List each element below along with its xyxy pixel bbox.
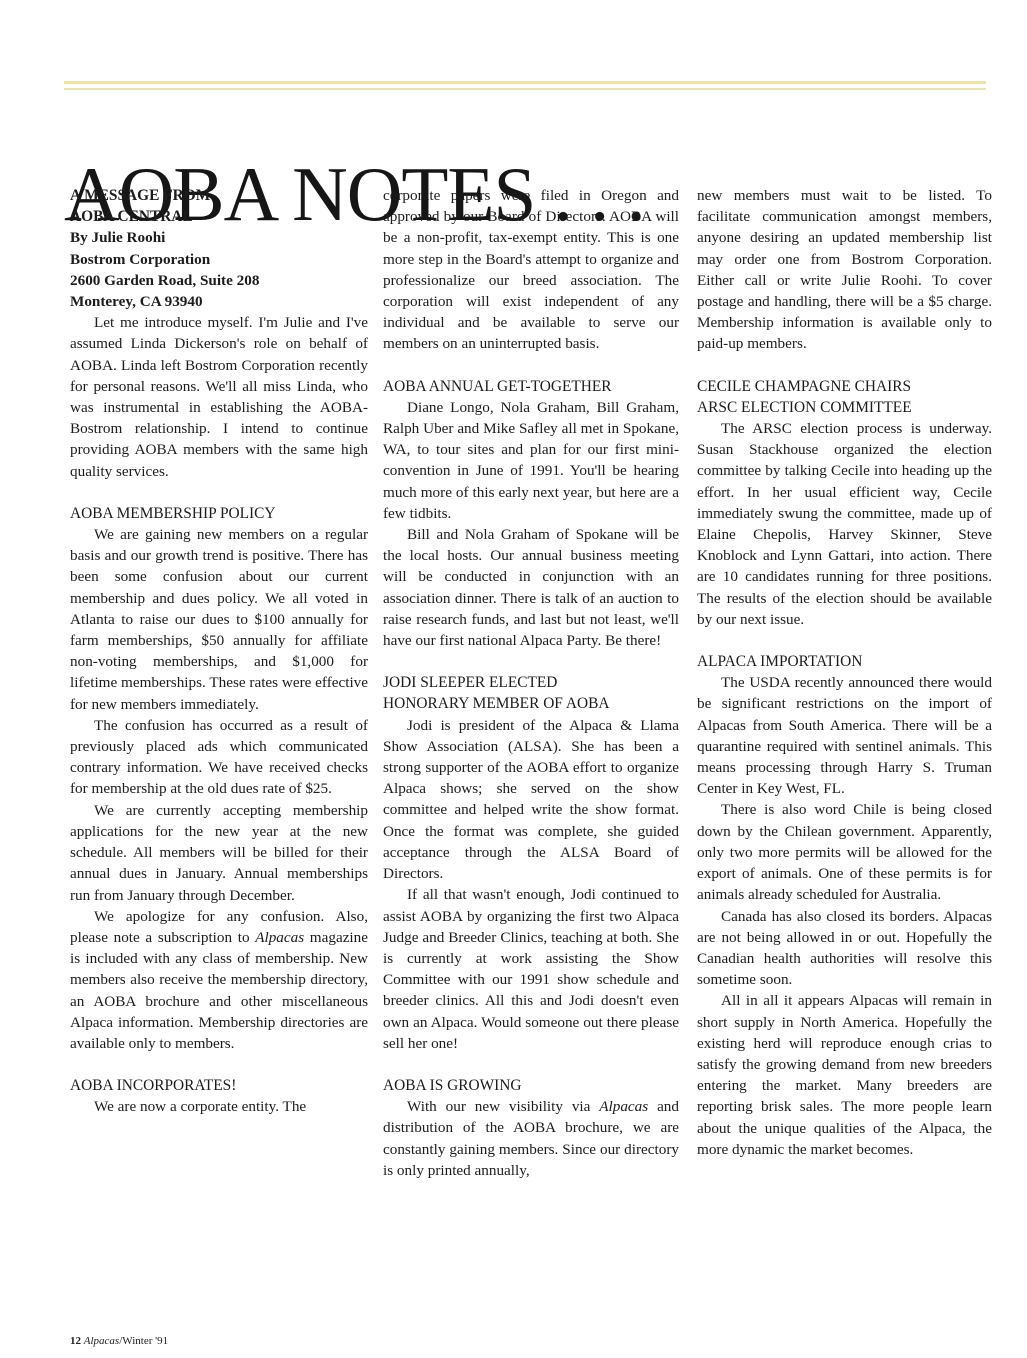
article-heading: AOBA ANNUAL GET-TOGETHER <box>383 376 679 397</box>
article-paragraph: Bill and Nola Graham of Spokane will be … <box>383 524 679 651</box>
article-heading: AOBA CENTRAL <box>70 206 368 227</box>
column-2: corporate papers were filed in Oregon an… <box>383 185 679 1181</box>
article-paragraph: We are currently accepting member­ship a… <box>70 800 368 906</box>
article-paragraph: Diane Longo, Nola Graham, Bill Graham, R… <box>383 397 679 524</box>
column-1: A MESSAGE FROM AOBA CENTRAL By Julie Roo… <box>70 185 368 1118</box>
article-jodi-sleeper: JODI SLEEPER ELECTED HONORARY MEMBER OF … <box>383 672 679 1054</box>
article-paragraph-continued: new members must wait to be listed. To f… <box>697 185 992 355</box>
article-annual-get-together: AOBA ANNUAL GET-TOGETHER Diane Longo, No… <box>383 376 679 652</box>
article-paragraph: Jodi is president of the Alpaca & Llama … <box>383 715 679 885</box>
text-run: magazine is included with any class of m… <box>70 929 368 1052</box>
magazine-name: Alpacas <box>255 929 304 946</box>
folio-magazine: Alpacas <box>84 1335 119 1347</box>
article-paragraph: The ARSC election process is under­way. … <box>697 418 992 630</box>
article-heading: JODI SLEEPER ELECTED <box>383 672 679 693</box>
article-heading: CECILE CHAMPAGNE CHAIRS <box>697 376 992 397</box>
page-number: 12 <box>70 1335 81 1347</box>
article-paragraph: With our new visibility via Alpacas and … <box>383 1096 679 1181</box>
folio-issue: /Winter '91 <box>119 1335 168 1347</box>
article-heading: HONORARY MEMBER OF AOBA <box>383 693 679 714</box>
article-heading: AOBA IS GROWING <box>383 1075 679 1096</box>
article-alpaca-importation: ALPACA IMPORTATION The USDA recently ann… <box>697 651 992 1160</box>
article-paragraph: We are now a corporate entity. The <box>70 1096 368 1117</box>
article-incorporates: AOBA INCORPORATES! We are now a corporat… <box>70 1075 368 1117</box>
header-rule-top <box>64 81 986 84</box>
article-paragraph: There is also word Chile is being closed… <box>697 799 992 905</box>
article-heading: A MESSAGE FROM <box>70 185 368 206</box>
byline-address: 2600 Garden Road, Suite 208 <box>70 270 368 291</box>
column-3: new members must wait to be listed. To f… <box>697 185 992 1160</box>
magazine-name: Alpacas <box>599 1098 648 1115</box>
article-heading: AOBA INCORPORATES! <box>70 1075 368 1096</box>
article-membership-policy: AOBA MEMBERSHIP POLICY We are gaining ne… <box>70 503 368 1054</box>
byline-company: Bostrom Corporation <box>70 249 368 270</box>
header-rule-bottom <box>64 88 986 90</box>
article-paragraph: Let me introduce myself. I'm Julie and I… <box>70 312 368 482</box>
article-paragraph-continued: corporate papers were filed in Oregon an… <box>383 185 679 355</box>
article-cecile-champagne: CECILE CHAMPAGNE CHAIRS ARSC ELECTION CO… <box>697 376 992 630</box>
page-folio: 12 Alpacas/Winter '91 <box>70 1334 168 1348</box>
article-message-from-aoba-central: A MESSAGE FROM AOBA CENTRAL By Julie Roo… <box>70 185 368 482</box>
byline-city: Monterey, CA 93940 <box>70 291 368 312</box>
article-heading: AOBA MEMBERSHIP POLICY <box>70 503 368 524</box>
article-heading: ARSC ELECTION COMMITTEE <box>697 397 992 418</box>
text-run: With our new visibility via <box>407 1098 599 1115</box>
article-aoba-is-growing: AOBA IS GROWING With our new visibility … <box>383 1075 679 1181</box>
article-paragraph: The USDA recently announced there would … <box>697 672 992 799</box>
article-paragraph: We apologize for any confusion. Also, pl… <box>70 906 368 1054</box>
article-paragraph: The confusion has occurred as a re­sult … <box>70 715 368 800</box>
article-paragraph: Canada has also closed its borders. Alpa… <box>697 906 992 991</box>
article-paragraph: We are gaining new members on a regular … <box>70 524 368 715</box>
article-heading: ALPACA IMPORTATION <box>697 651 992 672</box>
article-paragraph: If all that wasn't enough, Jodi con­tinu… <box>383 884 679 1054</box>
byline-author: By Julie Roohi <box>70 227 368 248</box>
article-paragraph: All in all it appears Alpacas will re­ma… <box>697 990 992 1160</box>
